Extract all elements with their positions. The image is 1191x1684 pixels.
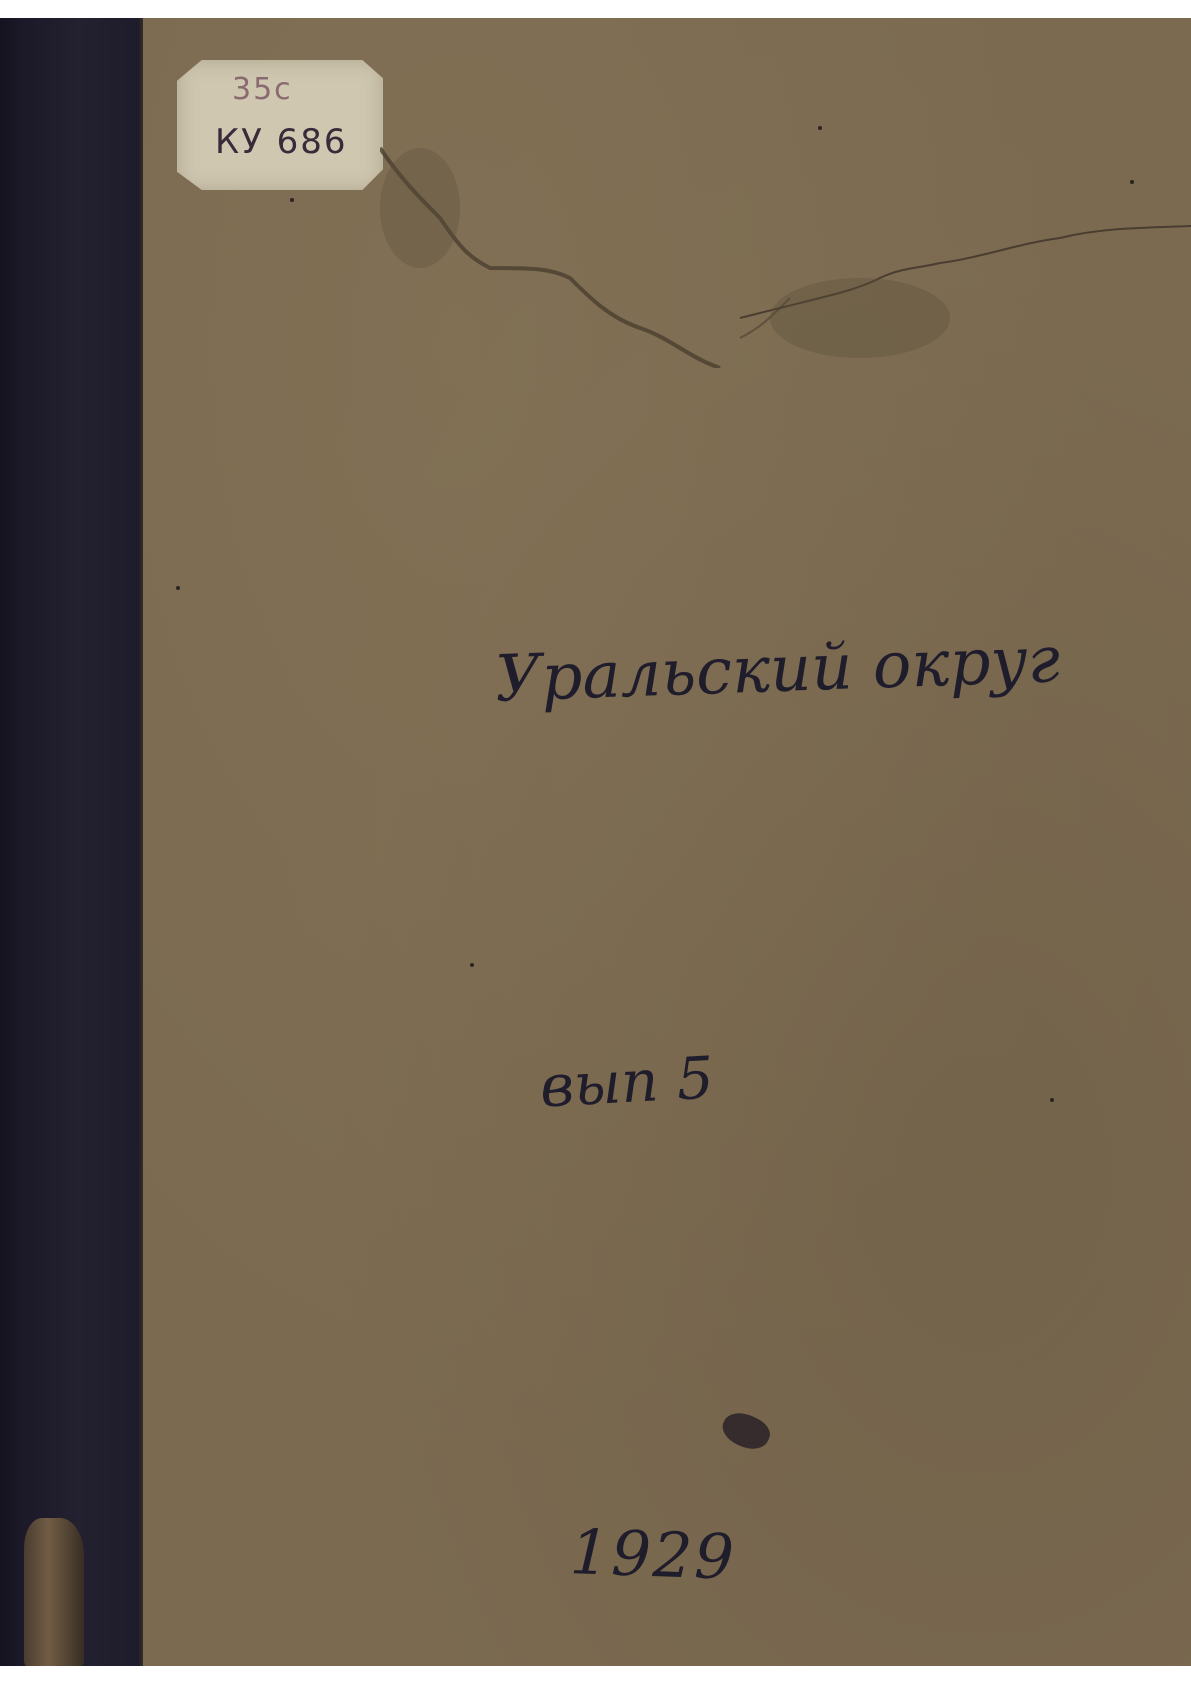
speck xyxy=(470,963,474,967)
speck xyxy=(1130,180,1134,184)
speck xyxy=(1050,1098,1054,1102)
catalog-label: 35с КУ 686 xyxy=(177,60,383,190)
cover-year: 1929 xyxy=(569,1515,737,1594)
cover-crack xyxy=(380,118,1191,368)
spine-damage xyxy=(24,1518,84,1666)
speck xyxy=(818,126,822,130)
speck xyxy=(176,586,180,590)
label-shelf-code: 35с xyxy=(232,72,293,107)
label-catalog-number: КУ 686 xyxy=(215,122,348,162)
binding-spine xyxy=(0,18,143,1666)
issue-number: вып 5 xyxy=(538,1044,715,1121)
document-page: 35с КУ 686 Уральский округ вып 5 1929 xyxy=(0,18,1191,1666)
speck xyxy=(290,198,294,202)
